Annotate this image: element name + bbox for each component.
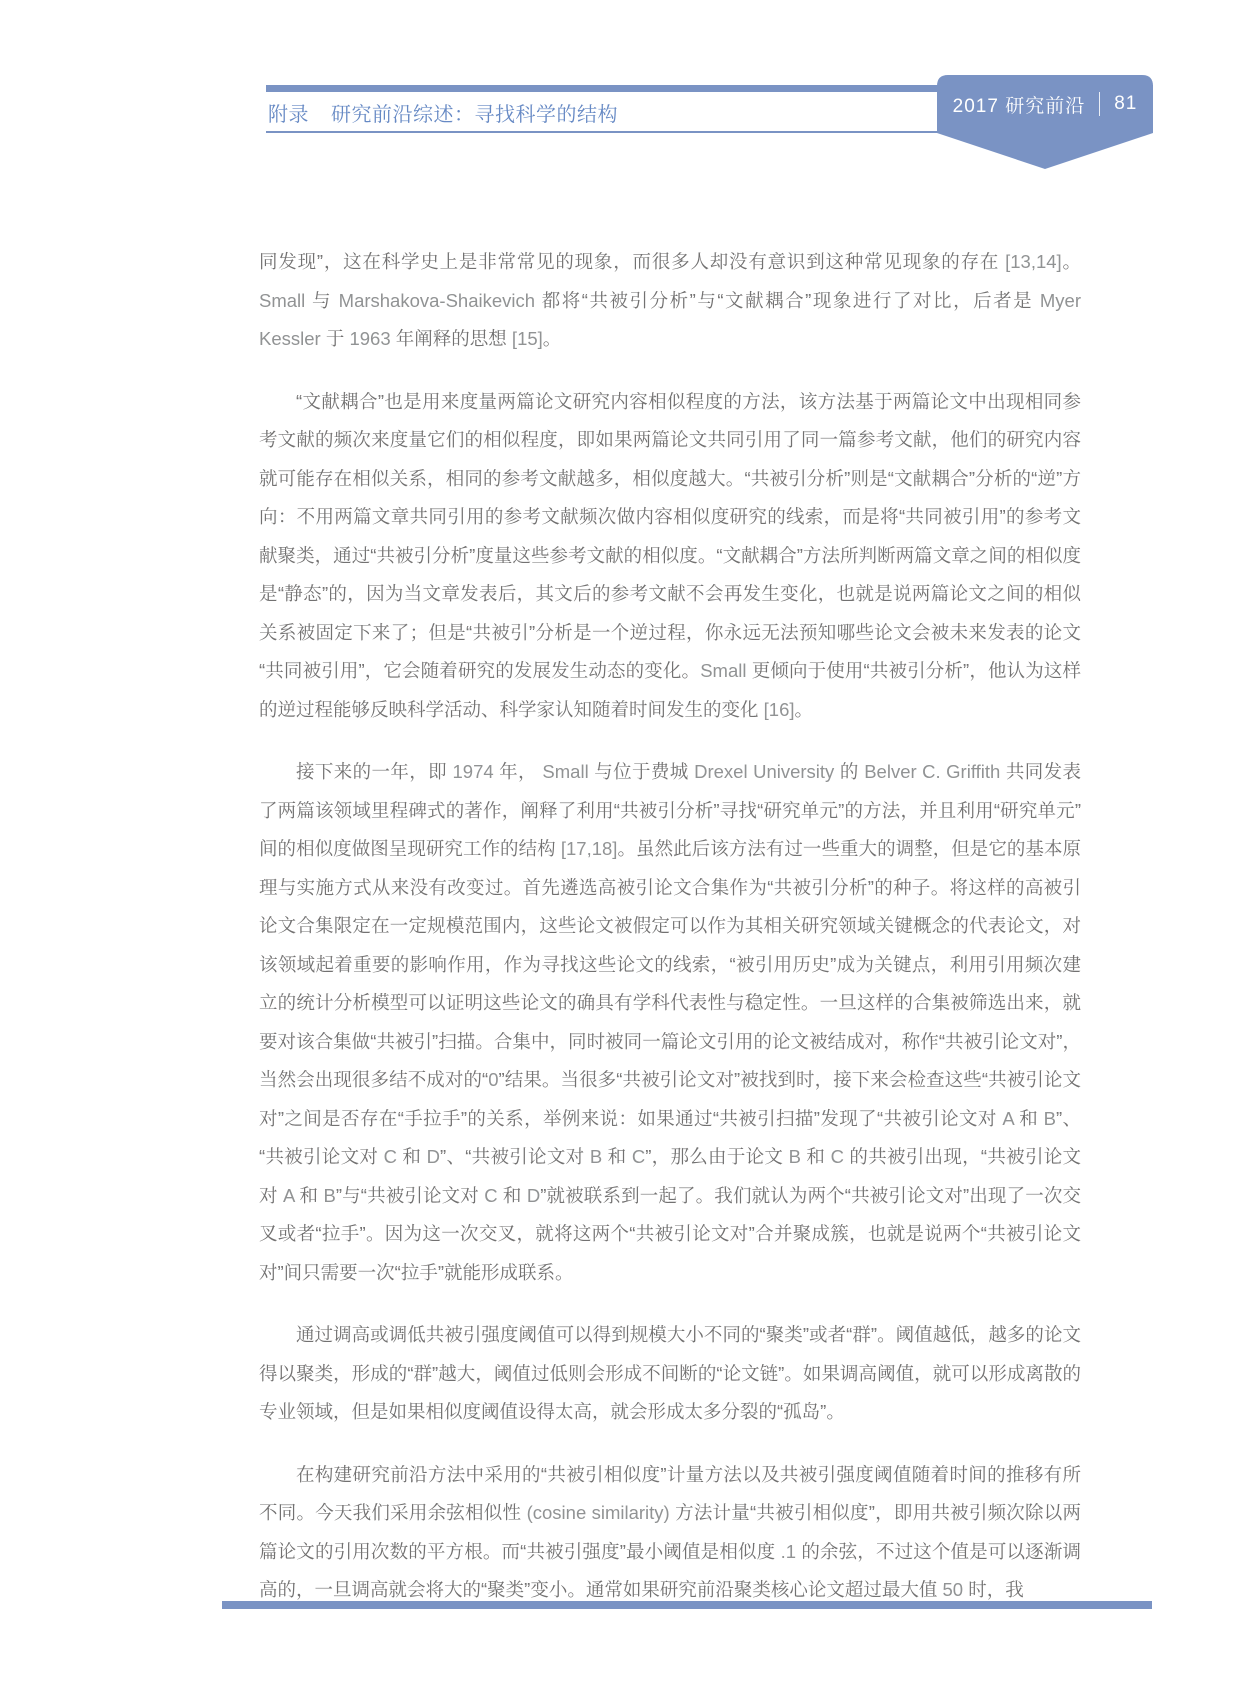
- latin-text-run: Small: [700, 660, 752, 681]
- latin-text-run: [17,18]: [556, 838, 618, 859]
- latin-text-run: [13,14]: [999, 251, 1062, 272]
- badge-text: 2017 研究前沿 81: [937, 75, 1153, 133]
- paragraph: “文献耦合”也是用来度量两篇论文研究内容相似程度的方法，该方法基于两篇论文中出现…: [259, 383, 1081, 730]
- latin-text-run: 1963: [344, 328, 395, 349]
- badge-divider: [1099, 92, 1100, 116]
- badge-page-number: 81: [1114, 93, 1137, 115]
- edition-badge: 2017 研究前沿 81: [937, 75, 1153, 169]
- latin-text-run: B: [584, 1146, 607, 1167]
- page-title: 研究前沿综述：寻找科学的结构: [331, 98, 618, 127]
- latin-text-run: 0: [488, 1069, 498, 1090]
- paragraph: 接下来的一年，即 1974 年， Small 与位于费城 Drexel Univ…: [259, 753, 1081, 1292]
- latin-text-run: B: [318, 1185, 336, 1206]
- footer-bar: [222, 1601, 1152, 1609]
- paragraph: 通过调高或调低共被引强度阈值可以得到规模大小不同的“聚类”或者“群”。阈值越低，…: [259, 1316, 1081, 1432]
- latin-text-run: Small: [259, 290, 312, 311]
- paragraph: 同发现”，这在科学史上是非常常见的现象，而很多人却没有意识到这种常见现象的存在 …: [259, 243, 1081, 359]
- latin-text-run: C: [626, 1146, 645, 1167]
- latin-text-run: Belver C. Griffith: [859, 761, 1006, 782]
- latin-text-run: A: [278, 1185, 300, 1206]
- latin-text-run: 1974: [447, 761, 499, 782]
- latin-text-run: Marshakova-Shaikevich: [332, 290, 542, 311]
- latin-text-run: [16]: [759, 699, 795, 720]
- header-underline: [266, 131, 937, 133]
- latin-text-run: 50: [937, 1579, 968, 1600]
- article-body: 同发现”，这在科学史上是非常常见的现象，而很多人却没有意识到这种常见现象的存在 …: [259, 243, 1081, 1610]
- latin-text-run: C: [825, 1146, 849, 1167]
- latin-text-run: D: [421, 1146, 440, 1167]
- latin-text-run: .1: [775, 1541, 801, 1562]
- latin-text-run: Drexel University: [689, 761, 840, 782]
- latin-text-run: C: [479, 1185, 503, 1206]
- paragraph: 在构建研究前沿方法中采用的“共被引相似度”计量方法以及共被引强度阈值随着时间的推…: [259, 1456, 1081, 1610]
- latin-text-run: A: [997, 1108, 1019, 1129]
- section-label: 附录: [268, 98, 309, 127]
- document-page: 附录 研究前沿综述：寻找科学的结构 2017 研究前沿 81 同发现”，这在科学…: [0, 0, 1240, 1683]
- latin-text-run: D: [522, 1185, 541, 1206]
- latin-text-run: Small: [537, 761, 594, 782]
- header-title-row: 附录 研究前沿综述：寻找科学的结构: [268, 96, 618, 128]
- latin-text-run: B: [783, 1146, 806, 1167]
- badge-edition-label: 2017 研究前沿: [953, 91, 1086, 118]
- latin-text-run: C: [378, 1146, 402, 1167]
- latin-text-run: [15]: [507, 328, 543, 349]
- latin-text-run: (cosine similarity): [521, 1502, 675, 1523]
- latin-text-run: B: [1038, 1108, 1056, 1129]
